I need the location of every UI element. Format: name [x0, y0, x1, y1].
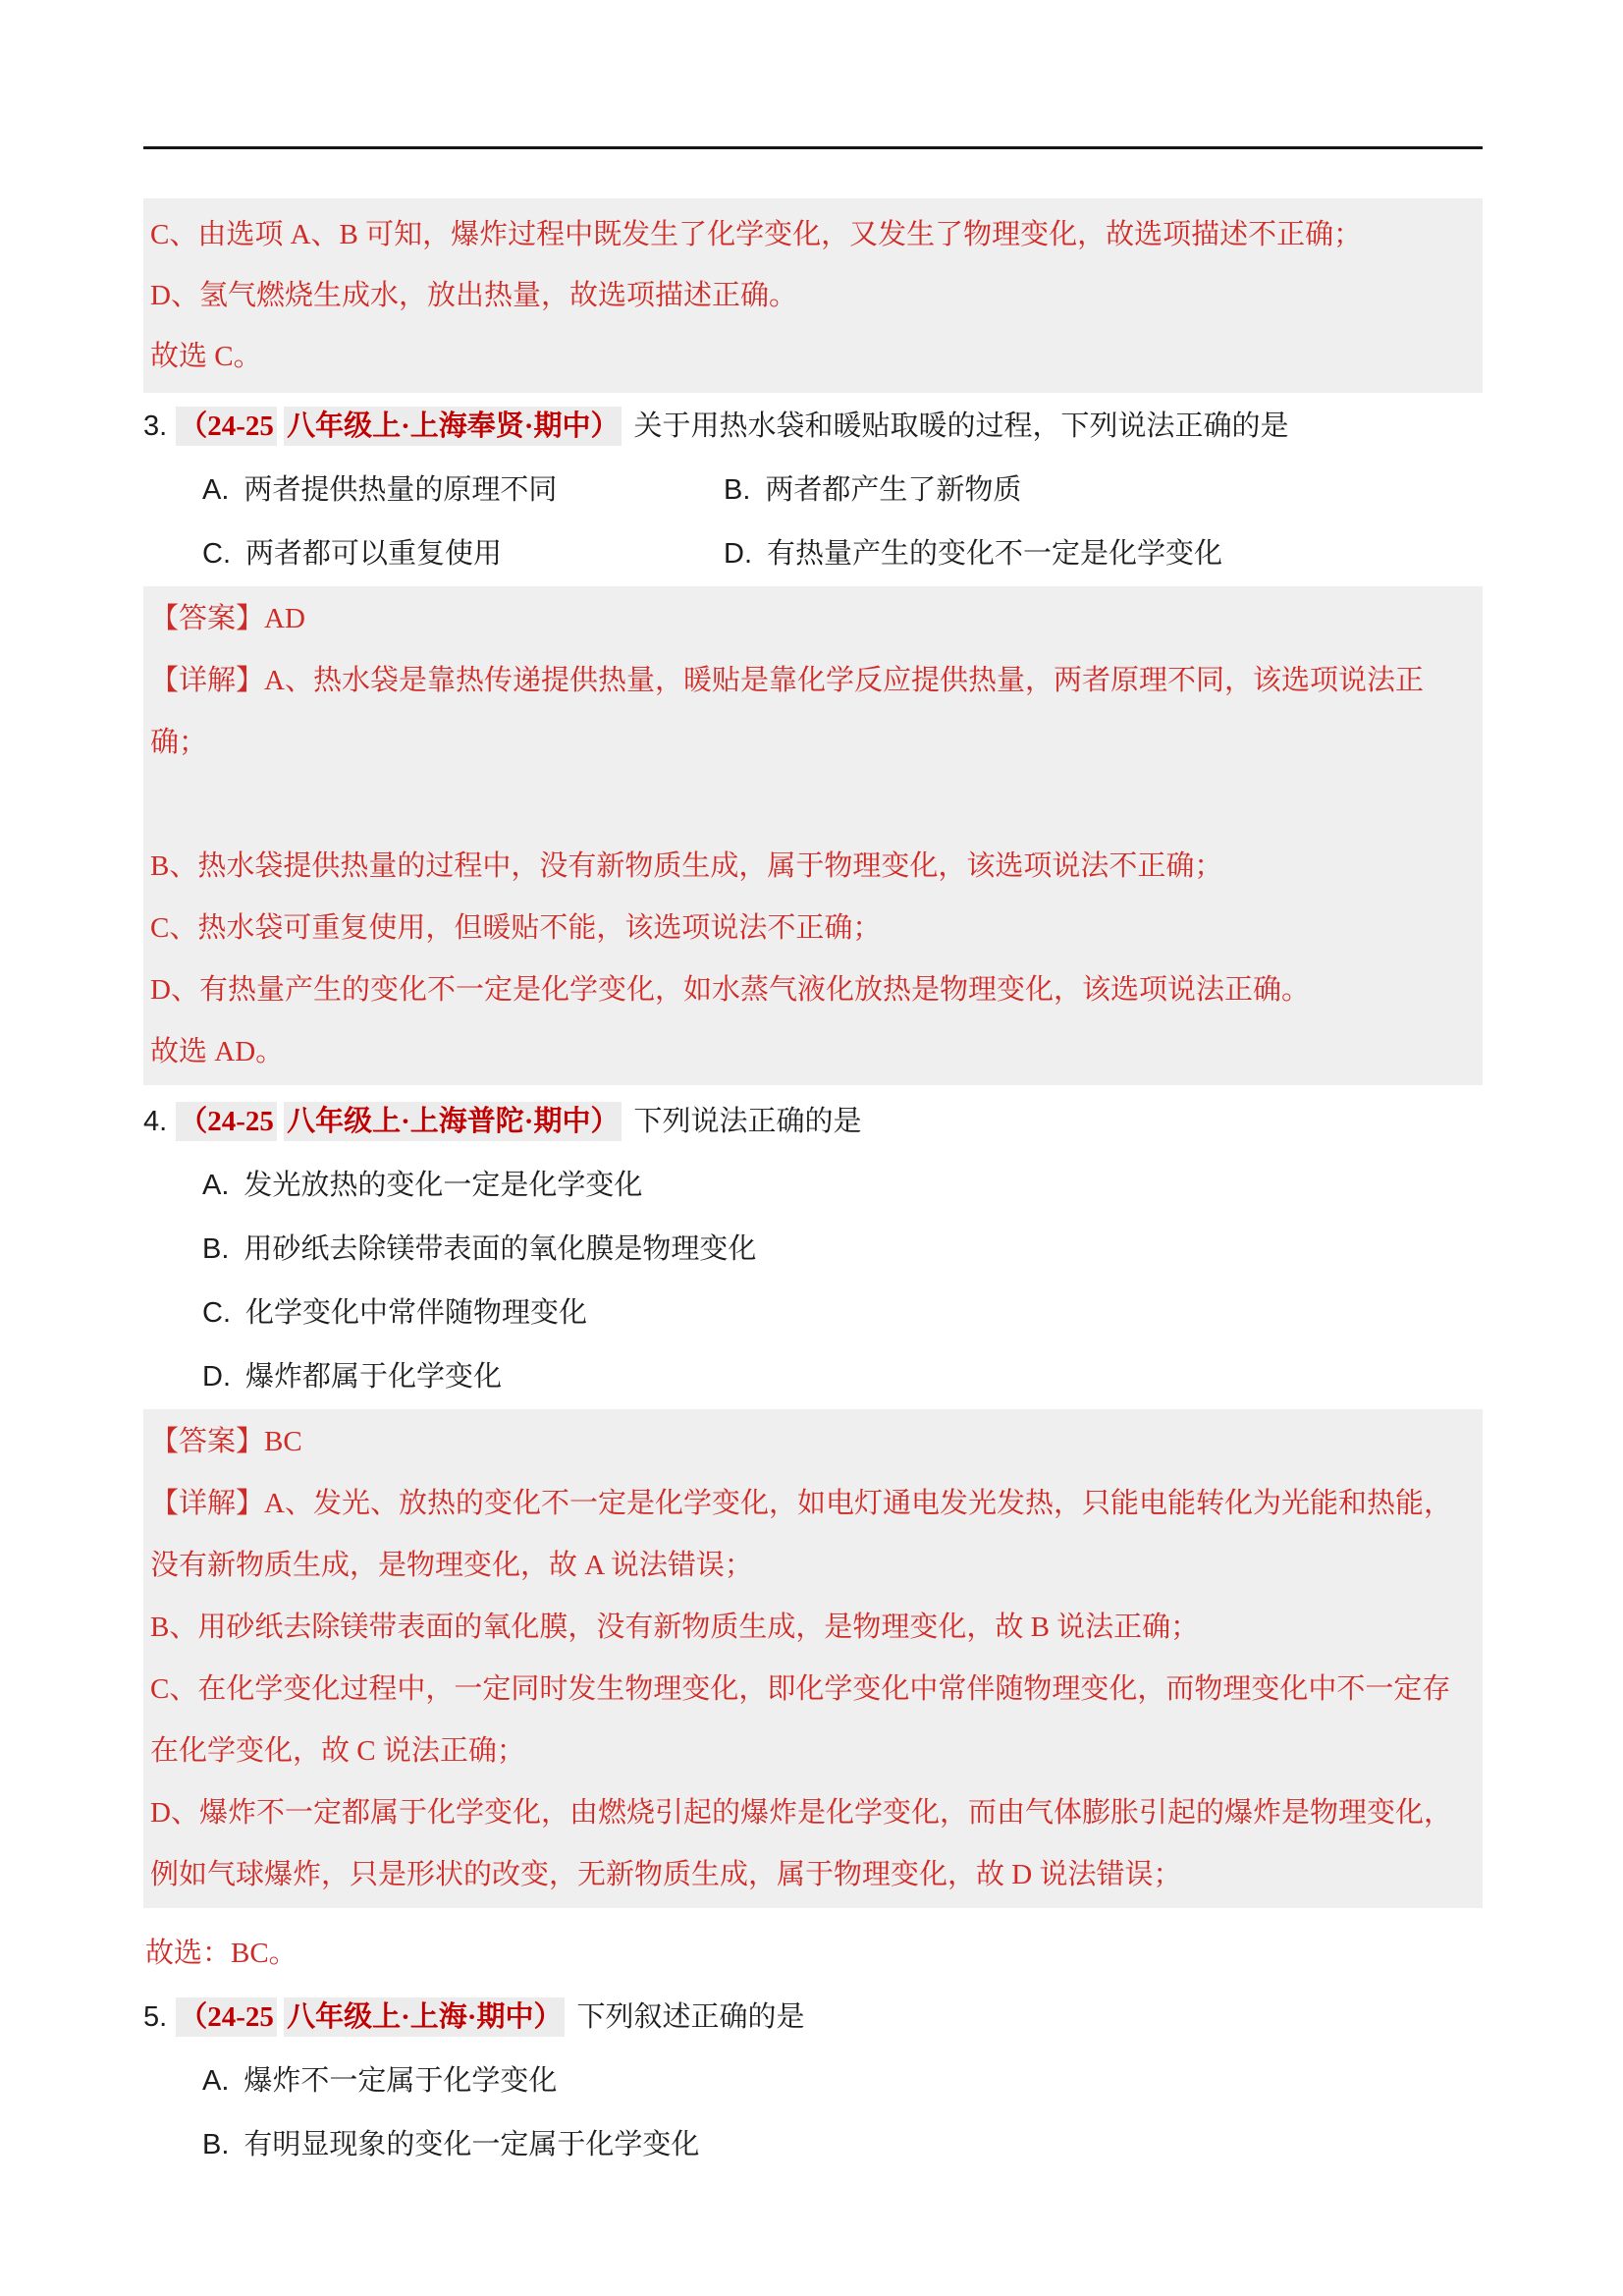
- option-text: 发光放热的变化一定是化学变化: [243, 1170, 642, 1201]
- question-3-stem: 关于用热水袋和暖贴取暖的过程，下列说法正确的是: [633, 410, 1288, 442]
- explanation-line: C、由选项 A、B 可知，爆炸过程中既发生了化学变化，又发生了物理变化，故选项描…: [150, 204, 1473, 265]
- option-text: 两者提供热量的原理不同: [243, 474, 557, 506]
- question-3: 3.（24-25 八年级上·上海奉贤·期中）关于用热水袋和暖贴取暖的过程，下列说…: [143, 395, 1483, 459]
- option-label: B.: [724, 474, 750, 506]
- option-item: D.有热量产生的变化不一定是化学变化: [724, 522, 1483, 586]
- option-label: C.: [202, 538, 231, 570]
- option-item: C.两者都可以重复使用: [202, 522, 724, 586]
- question-3-citation-source: 八年级上·上海奉贤·期中）: [284, 407, 622, 446]
- explanation-line: 【答案】AD: [150, 588, 1473, 650]
- option-label: D.: [202, 1361, 231, 1393]
- explanation-line: 没有新物质生成，是物理变化，故 A 说法错误；: [150, 1535, 1473, 1597]
- option-text: 用砂纸去除镁带表面的氧化膜是物理变化: [243, 1233, 756, 1265]
- option-item: B.用砂纸去除镁带表面的氧化膜是物理变化: [202, 1218, 1483, 1282]
- explanation-line: 【答案】BC: [150, 1411, 1473, 1473]
- option-text: 有明显现象的变化一定属于化学变化: [243, 2129, 699, 2160]
- document-page: C、由选项 A、B 可知，爆炸过程中既发生了化学变化，又发生了物理变化，故选项描…: [0, 0, 1623, 2296]
- answer-block-question-2: C、由选项 A、B 可知，爆炸过程中既发生了化学变化，又发生了物理变化，故选项描…: [143, 198, 1483, 393]
- explanation-line: 故选 AD。: [150, 1021, 1473, 1083]
- explanation-line: [150, 774, 1473, 836]
- question-3-number: 3.: [143, 410, 167, 442]
- explanation-line: 在化学变化，故 C 说法正确；: [150, 1721, 1473, 1782]
- answer-conclusion-question-4: 故选：BC。: [145, 1922, 1483, 1986]
- option-item: D.爆炸都属于化学变化: [202, 1345, 1483, 1409]
- explanation-line: B、热水袋提供热量的过程中，没有新物质生成，属于物理变化，该选项说法不正确；: [150, 836, 1473, 898]
- option-text: 爆炸不一定属于化学变化: [243, 2065, 557, 2097]
- option-item: B.两者都产生了新物质: [724, 459, 1483, 522]
- question-4-citation-year: （24-25: [176, 1102, 277, 1141]
- document-content: C、由选项 A、B 可知，爆炸过程中既发生了化学变化，又发生了物理变化，故选项描…: [143, 198, 1483, 2177]
- option-item: A.爆炸不一定属于化学变化: [202, 2050, 1483, 2113]
- option-label: C.: [202, 1297, 231, 1329]
- question-4: 4.（24-25 八年级上·上海普陀·期中）下列说法正确的是: [143, 1090, 1483, 1154]
- question-5: 5.（24-25 八年级上·上海·期中）下列叙述正确的是: [143, 1986, 1483, 2050]
- option-item: A.两者提供热量的原理不同: [202, 459, 724, 522]
- header-divider-rule: [143, 146, 1483, 149]
- question-5-number: 5.: [143, 2001, 167, 2033]
- option-label: A.: [202, 2065, 229, 2097]
- explanation-line: B、用砂纸去除镁带表面的氧化膜，没有新物质生成，是物理变化，故 B 说法正确；: [150, 1597, 1473, 1659]
- question-5-citation-source: 八年级上·上海·期中）: [284, 1997, 565, 2037]
- question-4-number: 4.: [143, 1106, 167, 1137]
- option-label: A.: [202, 474, 229, 506]
- explanation-line: 例如气球爆炸，只是形状的改变，无新物质生成，属于物理变化，故 D 说法错误；: [150, 1844, 1473, 1906]
- option-text: 两者都产生了新物质: [765, 474, 1021, 506]
- option-item: A.发光放热的变化一定是化学变化: [202, 1154, 1483, 1218]
- question-4-options: A.发光放热的变化一定是化学变化 B.用砂纸去除镁带表面的氧化膜是物理变化 C.…: [202, 1154, 1483, 1409]
- answer-block-question-3: 【答案】AD 【详解】A、热水袋是靠热传递提供热量，暖贴是靠化学反应提供热量，两…: [143, 586, 1483, 1085]
- explanation-line: C、在化学变化过程中，一定同时发生物理变化，即化学变化中常伴随物理变化，而物理变…: [150, 1659, 1473, 1721]
- option-text: 有热量产生的变化不一定是化学变化: [767, 538, 1222, 570]
- explanation-line: 故选 C。: [150, 326, 1473, 387]
- question-5-citation-year: （24-25: [176, 1997, 277, 2037]
- option-label: A.: [202, 1170, 229, 1201]
- option-text: 爆炸都属于化学变化: [245, 1361, 502, 1393]
- question-3-options: A.两者提供热量的原理不同 B.两者都产生了新物质 C.两者都可以重复使用 D.…: [202, 459, 1483, 586]
- question-4-citation-source: 八年级上·上海普陀·期中）: [284, 1102, 622, 1141]
- explanation-line: D、氢气燃烧生成水，放出热量，故选项描述正确。: [150, 265, 1473, 326]
- question-4-stem: 下列说法正确的是: [633, 1106, 861, 1137]
- explanation-line: D、有热量产生的变化不一定是化学变化，如水蒸气液化放热是物理变化，该选项说法正确…: [150, 959, 1473, 1021]
- explanation-line: 【详解】A、热水袋是靠热传递提供热量，暖贴是靠化学反应提供热量，两者原理不同，该…: [150, 650, 1473, 774]
- option-label: B.: [202, 1233, 229, 1265]
- option-label: D.: [724, 538, 752, 570]
- option-text: 化学变化中常伴随物理变化: [245, 1297, 587, 1329]
- option-label: B.: [202, 2129, 229, 2160]
- explanation-line: 【详解】A、发光、放热的变化不一定是化学变化，如电灯通电发光发热，只能电能转化为…: [150, 1473, 1473, 1535]
- explanation-line: D、爆炸不一定都属于化学变化，由燃烧引起的爆炸是化学变化，而由气体膨胀引起的爆炸…: [150, 1782, 1473, 1844]
- question-3-citation-year: （24-25: [176, 407, 277, 446]
- option-text: 两者都可以重复使用: [245, 538, 502, 570]
- option-item: C.化学变化中常伴随物理变化: [202, 1282, 1483, 1345]
- question-5-options: A.爆炸不一定属于化学变化 B.有明显现象的变化一定属于化学变化: [202, 2050, 1483, 2177]
- explanation-line: C、热水袋可重复使用，但暖贴不能，该选项说法不正确；: [150, 898, 1473, 959]
- question-5-stem: 下列叙述正确的是: [576, 2001, 804, 2033]
- option-item: B.有明显现象的变化一定属于化学变化: [202, 2113, 1483, 2177]
- answer-block-question-4: 【答案】BC 【详解】A、发光、放热的变化不一定是化学变化，如电灯通电发光发热，…: [143, 1409, 1483, 1908]
